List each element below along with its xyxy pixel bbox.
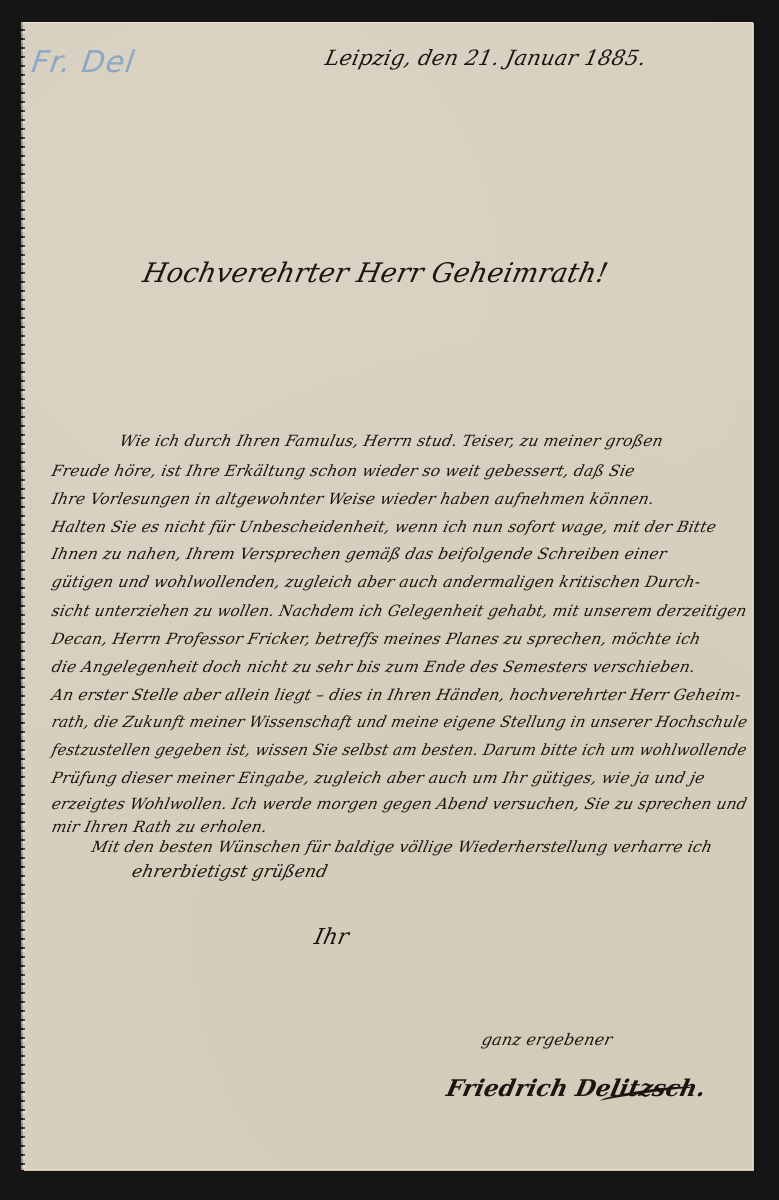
dateline: Leipzig, den 21. Januar 1885. xyxy=(323,46,648,70)
body-line: Prüfung dieser meiner Eingabe, zugleich … xyxy=(50,769,707,787)
body-line: Decan, Herrn Professor Fricker, betreffs… xyxy=(50,630,702,648)
body-line: Ihnen zu nahen, Ihrem Versprechen gemäß … xyxy=(50,545,668,563)
archive-pencil-mark: Fr. Del xyxy=(30,45,138,80)
body-line: die Angelegenheit doch nicht zu sehr bis… xyxy=(50,658,697,676)
body-line: Ihre Vorlesungen in altgewohnter Weise w… xyxy=(50,490,656,508)
valediction: ganz ergebener xyxy=(480,1030,614,1049)
closing-greeting: ehrerbietigst grüßend xyxy=(130,862,329,882)
body-line: An erster Stelle aber allein liegt – die… xyxy=(50,686,743,704)
body-line: sicht unterziehen zu wollen. Nachdem ich… xyxy=(50,602,748,620)
body-line: gütigen und wohlwollenden, zugleich aber… xyxy=(50,573,702,591)
closing-ihr: Ihr xyxy=(312,925,351,950)
body-line: Wie ich durch Ihren Famulus, Herrn stud.… xyxy=(118,432,665,450)
body-line: Halten Sie es nicht für Unbescheidenheit… xyxy=(50,518,718,536)
body-line: erzeigtes Wohlwollen. Ich werde morgen g… xyxy=(50,795,749,813)
salutation: Hochverehrter Herr Geheimrath! xyxy=(140,258,611,289)
letter-sheet xyxy=(23,22,753,1170)
paper-torn-edge xyxy=(21,22,25,1170)
body-line: festzustellen gegeben ist, wissen Sie se… xyxy=(50,741,749,759)
body-line: rath, die Zukunft meiner Wissenschaft un… xyxy=(50,713,749,731)
scan-stage: Fr. Del Leipzig, den 21. Januar 1885. Ho… xyxy=(0,0,779,1200)
body-line: Mit den besten Wünschen für baldige völl… xyxy=(90,838,714,856)
body-line: mir Ihren Rath zu erholen. xyxy=(50,818,269,836)
body-line: Freude höre, ist Ihre Erkältung schon wi… xyxy=(50,462,637,480)
